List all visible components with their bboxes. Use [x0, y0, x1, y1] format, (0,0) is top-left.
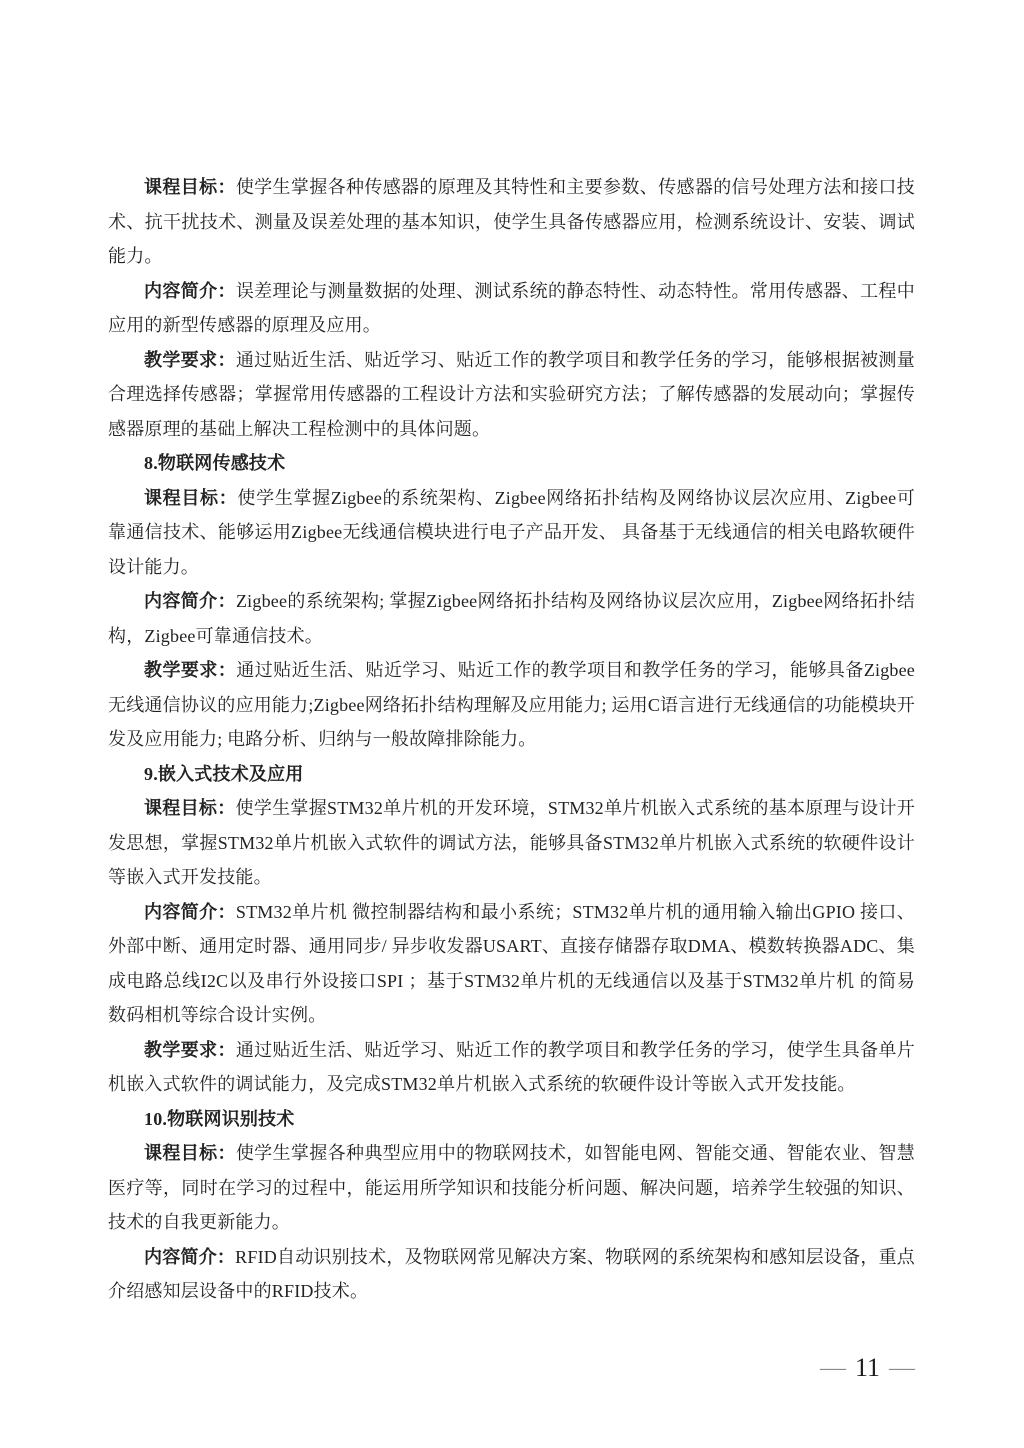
document-body: 课程目标：使学生掌握各种传感器的原理及其特性和主要参数、传感器的信号处理方法和接… — [108, 170, 915, 1309]
page-number-dash-right: — — [889, 1354, 915, 1383]
paragraph-content-intro: 内容简介：STM32单片机 微控制器结构和最小系统；STM32单片机的通用输入输… — [108, 895, 915, 1033]
paragraph-teaching-requirements: 教学要求：通过贴近生活、贴近学习、贴近工作的教学项目和教学任务的学习，能够具备Z… — [108, 653, 915, 757]
page-number-dash-left: — — [820, 1354, 846, 1383]
paragraph-label: 内容简介： — [144, 902, 236, 922]
paragraph-teaching-requirements: 教学要求：通过贴近生活、贴近学习、贴近工作的教学项目和教学任务的学习，使学生具备… — [108, 1033, 915, 1102]
document-page: 课程目标：使学生掌握各种传感器的原理及其特性和主要参数、传感器的信号处理方法和接… — [0, 0, 1024, 1448]
paragraph-label: 教学要求： — [144, 1040, 236, 1060]
paragraph-label: 教学要求： — [144, 350, 236, 370]
paragraph-course-objectives: 课程目标：使学生掌握各种传感器的原理及其特性和主要参数、传感器的信号处理方法和接… — [108, 170, 915, 274]
paragraph-course-objectives: 课程目标：使学生掌握STM32单片机的开发环境，STM32单片机嵌入式系统的基本… — [108, 791, 915, 895]
section-heading-10-iot-identification: 10.物联网识别技术 — [108, 1102, 915, 1137]
page-number: 11 — [855, 1352, 880, 1384]
section-heading-8-iot-sensing: 8.物联网传感技术 — [108, 446, 915, 481]
paragraph-teaching-requirements: 教学要求：通过贴近生活、贴近学习、贴近工作的教学项目和教学任务的学习，能够根据被… — [108, 343, 915, 447]
paragraph-course-objectives: 课程目标：使学生掌握Zigbee的系统架构、Zigbee网络拓扑结构及网络协议层… — [108, 481, 915, 585]
paragraph-content-intro: 内容简介：RFID自动识别技术，及物联网常见解决方案、物联网的系统架构和感知层设… — [108, 1240, 915, 1309]
paragraph-label: 内容简介： — [144, 281, 236, 301]
paragraph-content-intro: 内容简介：Zigbee的系统架构; 掌握Zigbee网络拓扑结构及网络协议层次应… — [108, 584, 915, 653]
section-heading-9-embedded-tech: 9.嵌入式技术及应用 — [108, 757, 915, 792]
page-footer: — 11 — — [820, 1352, 915, 1384]
paragraph-course-objectives: 课程目标：使学生掌握各种典型应用中的物联网技术，如智能电网、智能交通、智能农业、… — [108, 1136, 915, 1240]
paragraph-label: 课程目标： — [144, 177, 236, 197]
paragraph-label: 课程目标： — [144, 488, 237, 508]
paragraph-label: 教学要求： — [144, 660, 236, 680]
paragraph-label: 课程目标： — [144, 1143, 236, 1163]
paragraph-label: 内容简介： — [144, 591, 236, 611]
paragraph-label: 内容简介： — [144, 1247, 235, 1267]
paragraph-content-intro: 内容简介：误差理论与测量数据的处理、测试系统的静态特性、动态特性。常用传感器、工… — [108, 274, 915, 343]
paragraph-label: 课程目标： — [144, 798, 236, 818]
